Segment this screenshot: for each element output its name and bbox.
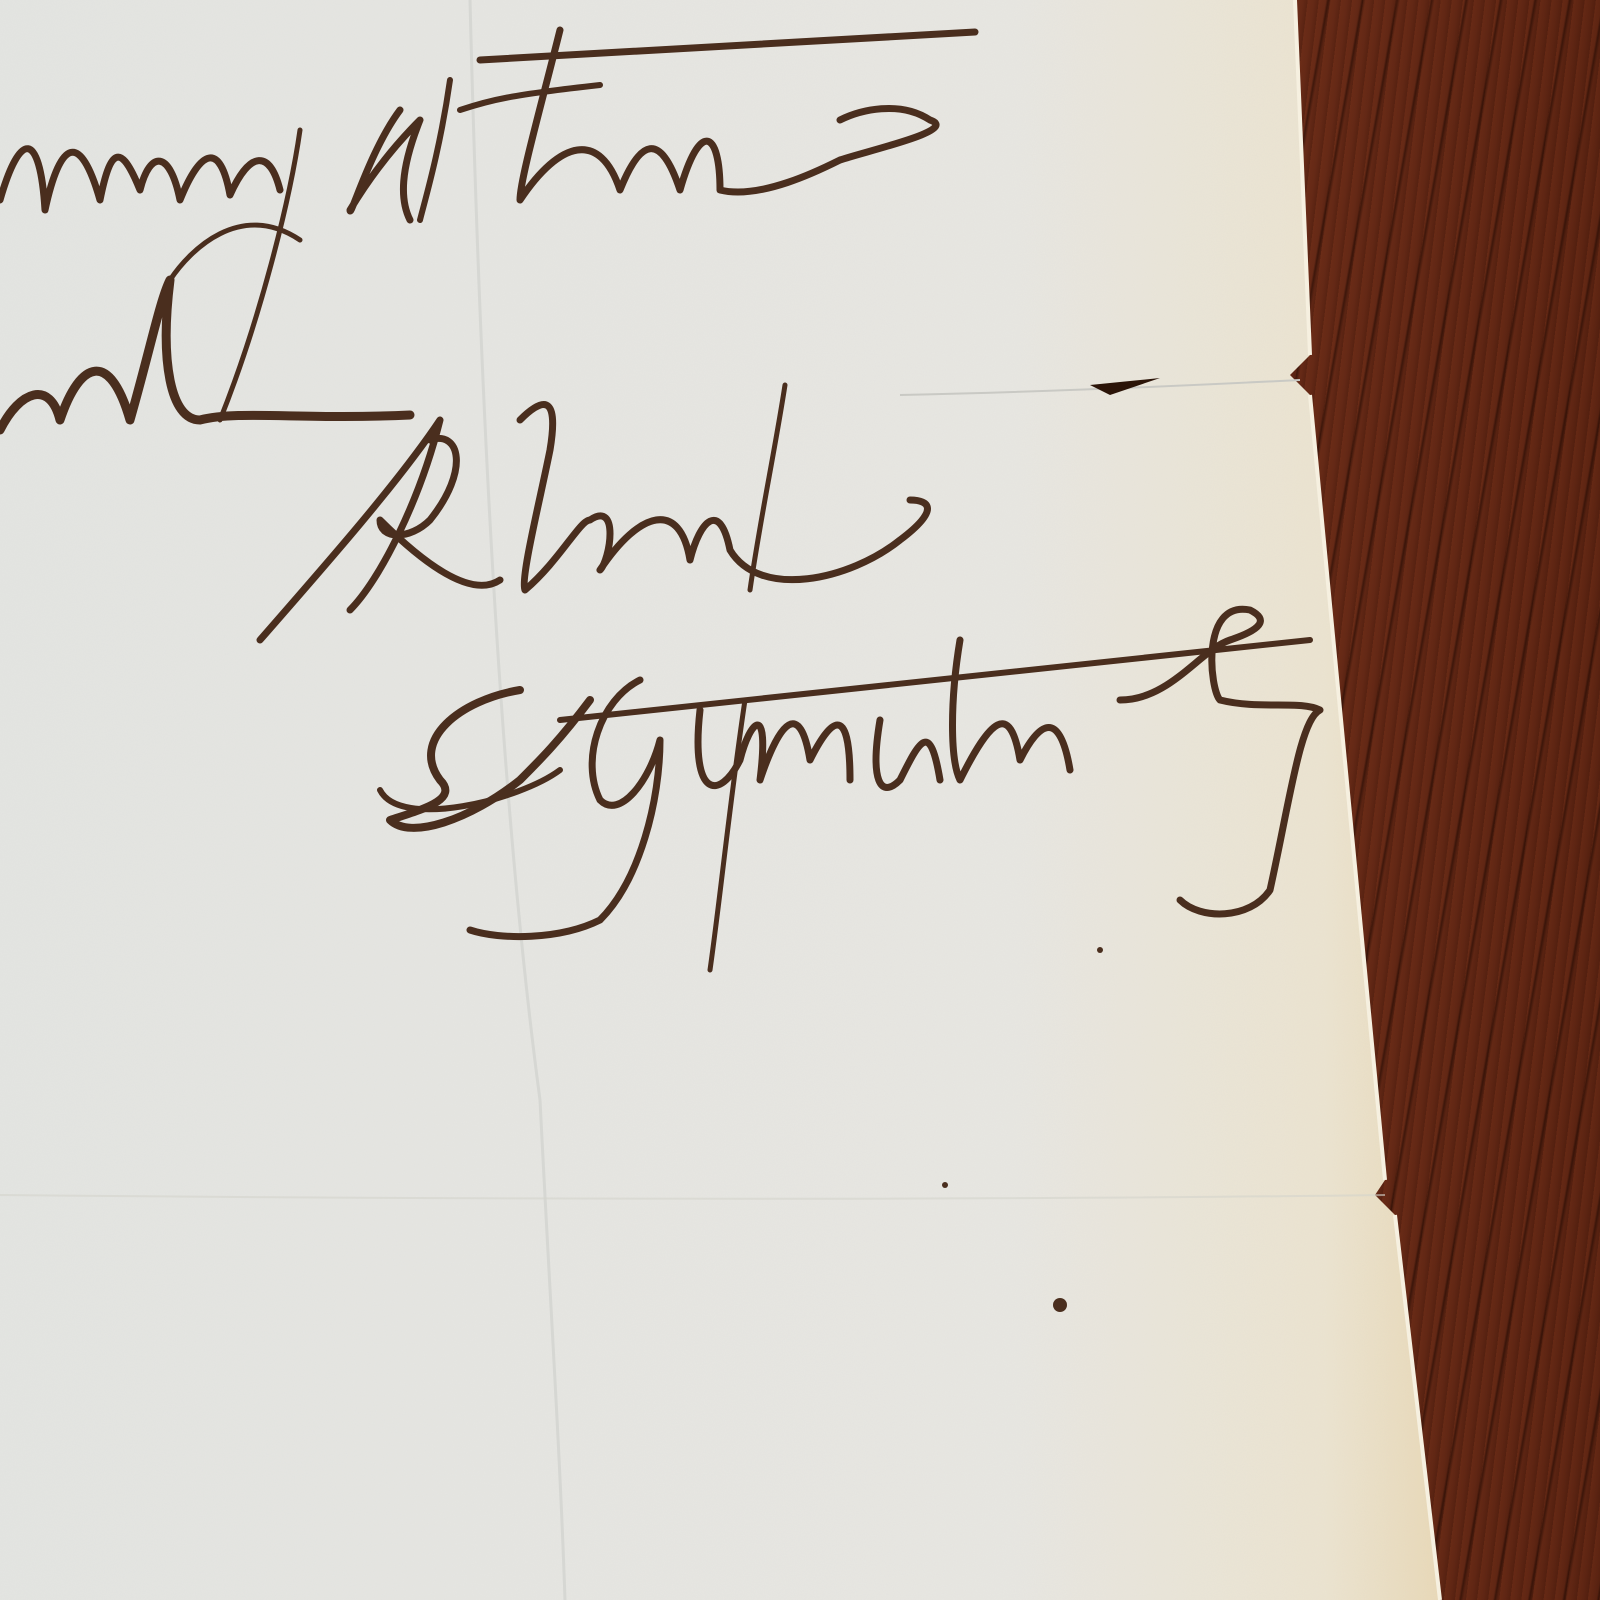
paper-sheet xyxy=(0,0,1600,1600)
photo-scene: R Lee ...ery obed[ien]t ...ade R Lee Sq.… xyxy=(0,0,1600,1600)
